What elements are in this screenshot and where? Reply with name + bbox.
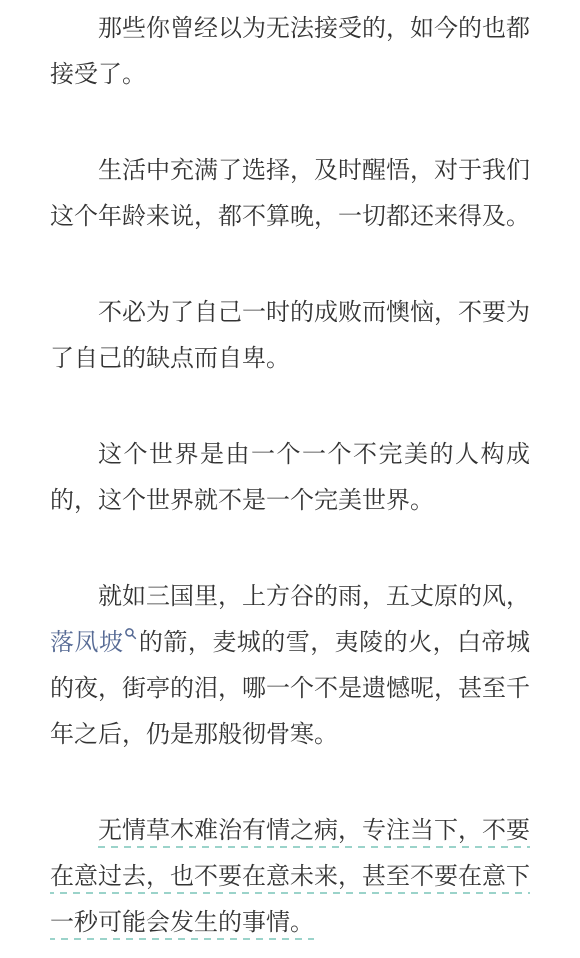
paragraph-6: 无情草木难治有情之病，专注当下，不要在意过去，也不要在意未来，甚至不要在意下一秒…: [50, 808, 530, 946]
article-body: 那些你曾经以为无法接受的，如今的也都接受了。 生活中充满了选择，及时醒悟，对于我…: [0, 0, 580, 946]
paragraph-3: 不必为了自己一时的成败而懊恼，不要为了自己的缺点而自卑。: [50, 290, 530, 382]
paragraph-4: 这个世界是由一个一个不完美的人构成的，这个世界就不是一个完美世界。: [50, 432, 530, 524]
link-text: 落凤坡: [50, 629, 123, 656]
paragraph-2: 生活中充满了选择，及时醒悟，对于我们这个年龄来说，都不算晚，一切都还来得及。: [50, 148, 530, 240]
luofengpo-search-link[interactable]: 落凤坡: [50, 629, 138, 656]
paragraph-1: 那些你曾经以为无法接受的，如今的也都接受了。: [50, 6, 530, 98]
paragraph-5: 就如三国里，上方谷的雨，五丈原的风，落凤坡的箭，麦城的雪，夷陵的火，白帝城的夜，…: [50, 574, 530, 758]
highlighted-text: 无情草木难治有情之病，专注当下，不要在意过去，也不要在意未来，甚至不要在意下一秒…: [50, 817, 530, 940]
text-segment-before-link: 就如三国里，上方谷的雨，五丈原的风，: [98, 583, 530, 610]
search-icon: [124, 627, 137, 640]
